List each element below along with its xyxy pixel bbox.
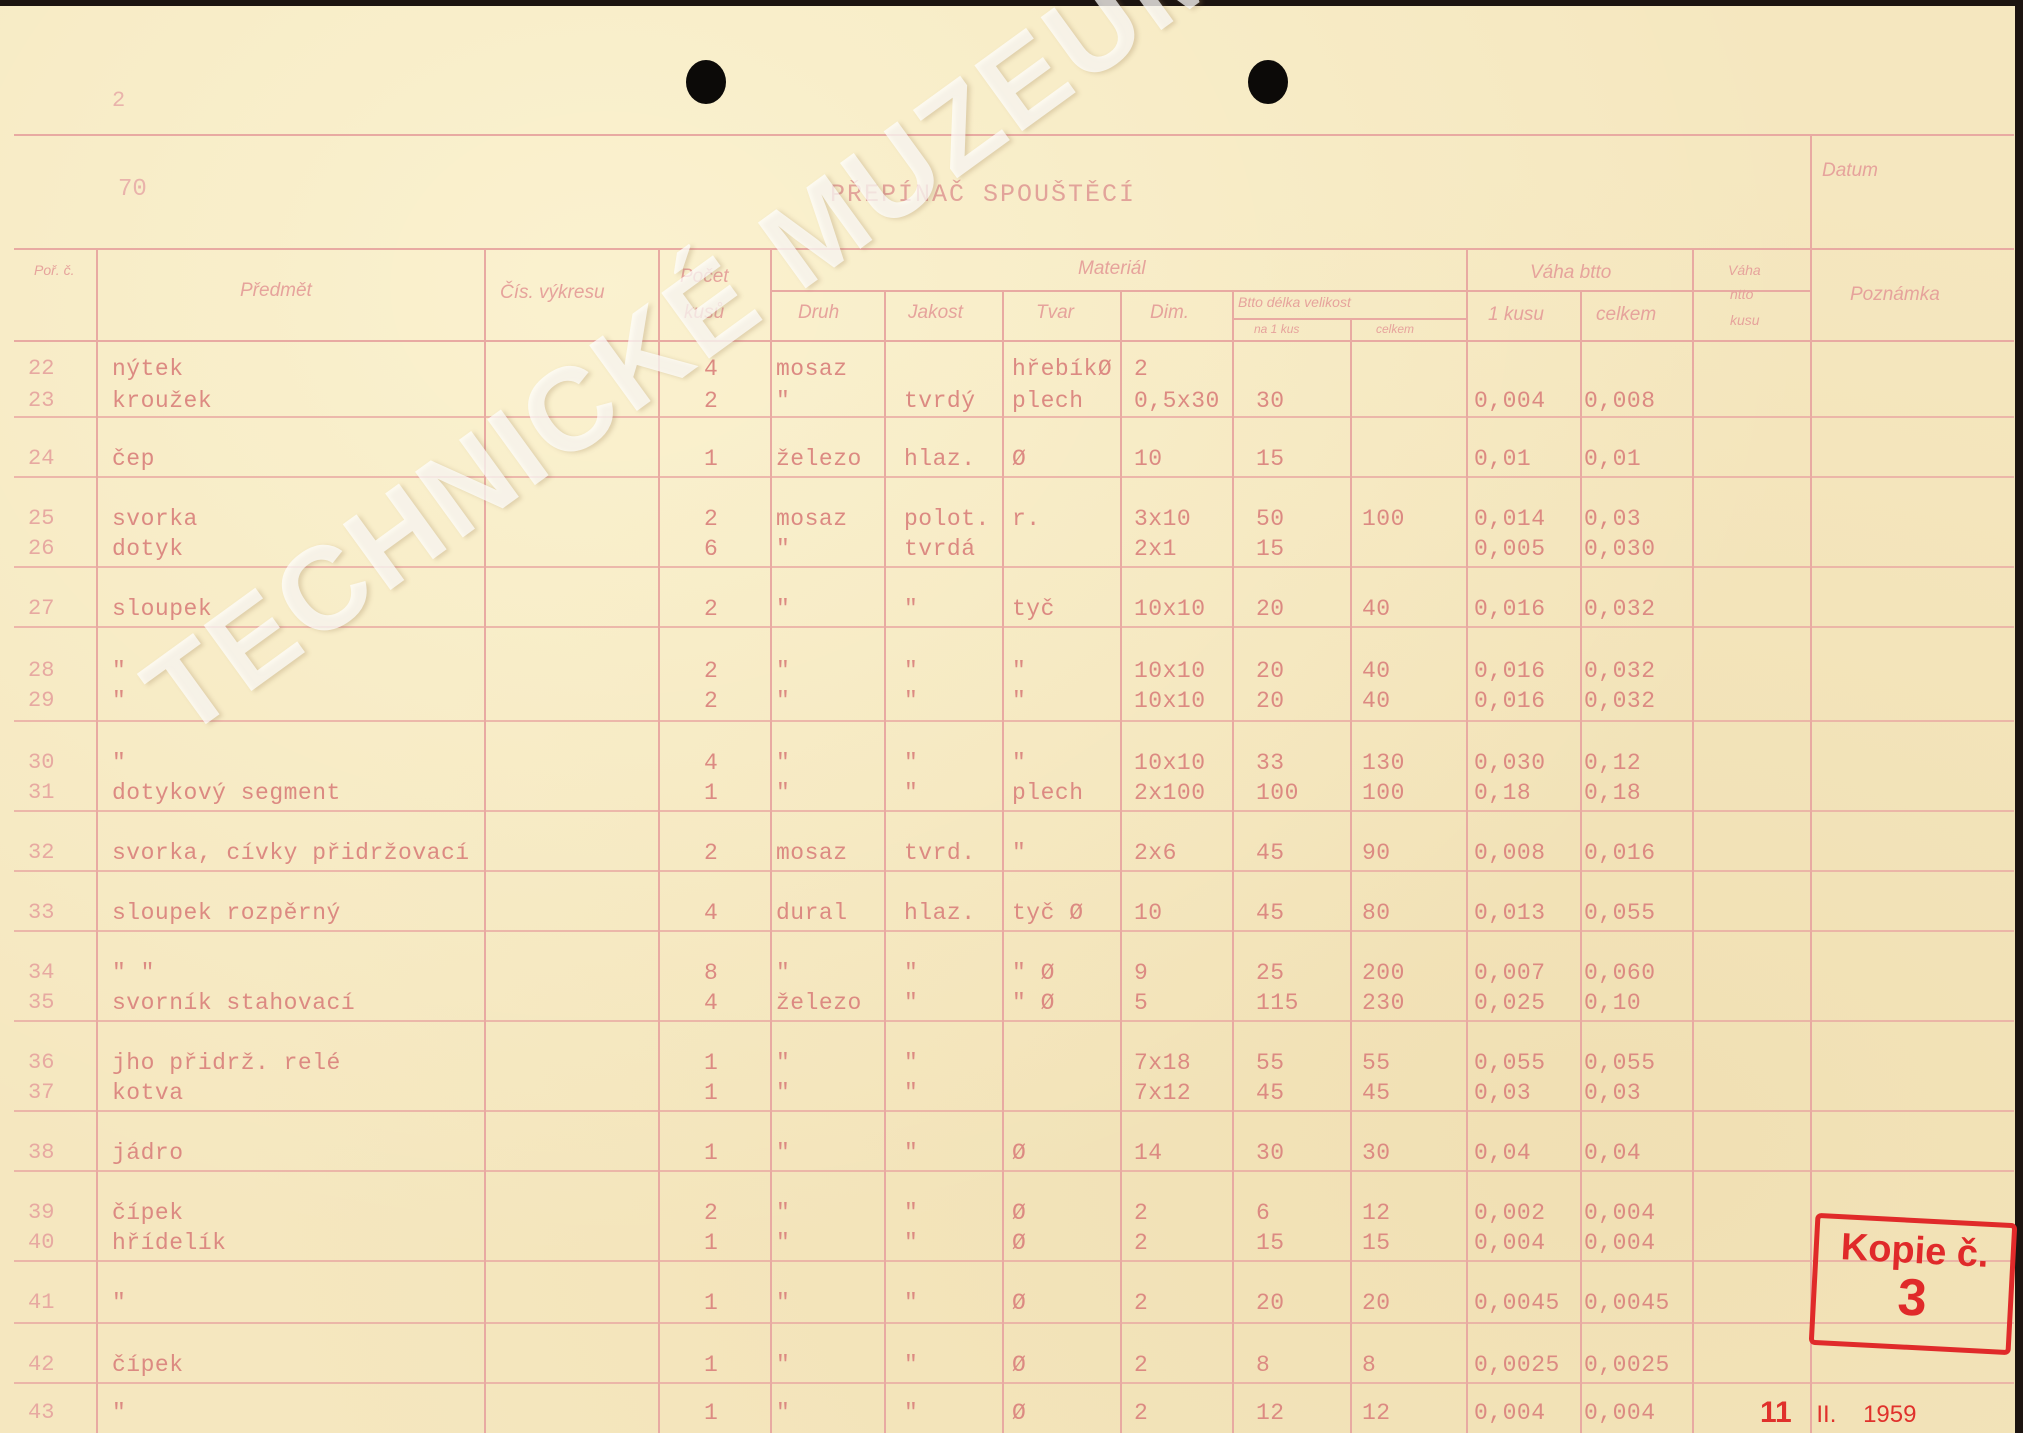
cell-celkem: 40 (1362, 596, 1391, 622)
cell-jakost: " (904, 1140, 918, 1166)
cell-v1: 0,008 (1474, 840, 1546, 866)
cell-tvar: " (1012, 688, 1026, 714)
cell-v1: 0,002 (1474, 1200, 1546, 1226)
cell-druh: mosaz (776, 356, 848, 382)
cell-v1: 0,025 (1474, 990, 1546, 1016)
cell-no: 30 (28, 750, 54, 775)
cell-count: 2 (704, 596, 718, 622)
cell-tvar: " (1012, 750, 1026, 776)
cell-jakost: " (904, 750, 918, 776)
cell-no: 28 (28, 658, 54, 683)
cell-jakost: tvrd. (904, 840, 976, 866)
cell-v1: 0,016 (1474, 658, 1546, 684)
cell-tvar: " Ø (1012, 990, 1055, 1016)
col-line (770, 248, 772, 1433)
cell-jakost: " (904, 990, 918, 1016)
cell-celkem: 55 (1362, 1050, 1391, 1076)
section-number: 70 (118, 176, 147, 203)
cell-name: kroužek (112, 388, 212, 414)
date-month: II. (1816, 1401, 1836, 1428)
cell-tvar: Ø (1012, 1230, 1026, 1256)
cell-count: 1 (704, 1290, 718, 1316)
cell-druh: " (776, 536, 790, 562)
cell-no: 39 (28, 1200, 54, 1225)
cell-dim: 10x10 (1134, 750, 1206, 776)
cell-dim: 10 (1134, 446, 1163, 472)
cell-count: 1 (704, 1400, 718, 1426)
cell-count: 2 (704, 840, 718, 866)
cell-count: 1 (704, 1230, 718, 1256)
cell-vc: 0,004 (1584, 1230, 1656, 1256)
cell-tvar: Ø (1012, 1400, 1026, 1426)
cell-na1: 20 (1256, 688, 1285, 714)
rule-header-bottom (14, 340, 2014, 342)
cell-vc: 0,055 (1584, 900, 1656, 926)
copy-stamp: Kopie č. 3 (1809, 1213, 2018, 1355)
cell-v1: 0,016 (1474, 596, 1546, 622)
cell-no: 22 (28, 356, 54, 381)
cell-druh: " (776, 1200, 790, 1226)
cell-vc: 0,18 (1584, 780, 1641, 806)
cell-na1: 6 (1256, 1200, 1270, 1226)
cell-jakost: polot. (904, 506, 990, 532)
cell-name: " " (112, 960, 155, 986)
header-vaha-ntto-1: Váha (1728, 262, 1761, 278)
cell-celkem: 200 (1362, 960, 1405, 986)
cell-vc: 0,008 (1584, 388, 1656, 414)
cell-jakost: " (904, 688, 918, 714)
cell-count: 8 (704, 960, 718, 986)
cell-v1: 0,016 (1474, 688, 1546, 714)
cell-celkem: 8 (1362, 1352, 1376, 1378)
cell-v1: 0,005 (1474, 536, 1546, 562)
cell-vc: 0,03 (1584, 1080, 1641, 1106)
cell-na1: 20 (1256, 1290, 1285, 1316)
cell-vc: 0,03 (1584, 506, 1641, 532)
row-separator (14, 810, 2014, 812)
cell-jakost: " (904, 1400, 918, 1426)
cell-no: 36 (28, 1050, 54, 1075)
cell-celkem: 12 (1362, 1400, 1391, 1426)
cell-na1: 100 (1256, 780, 1299, 806)
cell-druh: dural (776, 900, 848, 926)
cell-count: 1 (704, 1050, 718, 1076)
header-cis-vykresu: Čís. výkresu (500, 282, 605, 304)
cell-v1: 0,004 (1474, 388, 1546, 414)
cell-name: " (112, 1290, 126, 1316)
cell-vc: 0,004 (1584, 1400, 1656, 1426)
cell-name: kotva (112, 1080, 184, 1106)
cell-name: sloupek rozpěrný (112, 900, 341, 926)
col-line (1810, 134, 1812, 1433)
cell-name: nýtek (112, 356, 184, 382)
cell-celkem: 130 (1362, 750, 1405, 776)
cell-dim: 2 (1134, 1200, 1148, 1226)
cell-no: 29 (28, 688, 54, 713)
cell-count: 1 (704, 446, 718, 472)
header-dim: Dim. (1150, 302, 1189, 324)
cell-celkem: 40 (1362, 658, 1391, 684)
cell-dim: 2 (1134, 356, 1148, 382)
col-line (96, 248, 98, 1433)
row-separator (14, 930, 2014, 932)
cell-v1: 0,007 (1474, 960, 1546, 986)
cell-vc: 0,030 (1584, 536, 1656, 562)
cell-vc: 0,032 (1584, 658, 1656, 684)
cell-jakost: " (904, 658, 918, 684)
header-poznamka: Poznámka (1850, 284, 1940, 306)
cell-no: 26 (28, 536, 54, 561)
cell-celkem: 20 (1362, 1290, 1391, 1316)
cell-name: čípek (112, 1352, 184, 1378)
punch-hole-left (686, 60, 726, 104)
cell-jakost: " (904, 1352, 918, 1378)
cell-dim: 2 (1134, 1230, 1148, 1256)
cell-tvar: r. (1012, 506, 1041, 532)
cell-count: 1 (704, 780, 718, 806)
cell-vc: 0,032 (1584, 688, 1656, 714)
cell-dim: 7x18 (1134, 1050, 1191, 1076)
date-year: 1959 (1863, 1401, 1916, 1428)
row-separator (14, 1382, 2014, 1384)
cell-count: 2 (704, 688, 718, 714)
cell-celkem: 90 (1362, 840, 1391, 866)
cell-jakost: " (904, 1080, 918, 1106)
header-na-1-kus: na 1 kus (1254, 322, 1299, 336)
cell-dim: 5 (1134, 990, 1148, 1016)
cell-jakost: " (904, 1290, 918, 1316)
cell-celkem: 45 (1362, 1080, 1391, 1106)
page-number: 2 (112, 88, 125, 113)
cell-dim: 0,5x30 (1134, 388, 1220, 414)
cell-no: 32 (28, 840, 54, 865)
header-vaha-ntto-3: kusu (1730, 312, 1760, 328)
cell-count: 2 (704, 658, 718, 684)
stamp-number: 3 (1815, 1266, 2010, 1330)
header-poradi: Poř. č. (34, 262, 74, 278)
cell-druh: " (776, 1140, 790, 1166)
cell-tvar: tyč (1012, 596, 1055, 622)
cell-count: 1 (704, 1352, 718, 1378)
cell-celkem: 40 (1362, 688, 1391, 714)
header-tvar: Tvar (1036, 302, 1074, 324)
row-separator (14, 416, 2014, 418)
cell-name: svorka (112, 506, 198, 532)
header-vaha-celkem: celkem (1596, 304, 1656, 326)
row-separator (14, 870, 2014, 872)
cell-celkem: 30 (1362, 1140, 1391, 1166)
document-sheet: 2 70 PŘEPÍNAČ SPOUŠTĚCÍ Datum Poř. č. Př… (0, 0, 2023, 1433)
cell-na1: 30 (1256, 388, 1285, 414)
watermark: TECHNICKÉ MUZEUM V BRNĚ (120, 0, 1664, 763)
cell-no: 35 (28, 990, 54, 1015)
cell-name: " (112, 1400, 126, 1426)
row-separator (14, 1260, 2014, 1262)
cell-count: 2 (704, 1200, 718, 1226)
cell-celkem: 100 (1362, 780, 1405, 806)
cell-no: 40 (28, 1230, 54, 1255)
cell-tvar: Ø (1012, 446, 1026, 472)
cell-tvar: " (1012, 840, 1026, 866)
cell-v1: 0,01 (1474, 446, 1531, 472)
cell-druh: " (776, 1230, 790, 1256)
cell-na1: 15 (1256, 536, 1285, 562)
cell-druh: " (776, 1290, 790, 1316)
datum-label: Datum (1822, 160, 1878, 182)
rule-header-top (14, 248, 2014, 250)
cell-dim: 10x10 (1134, 688, 1206, 714)
cell-druh: " (776, 960, 790, 986)
cell-name: svorka, cívky přidržovací (112, 840, 470, 866)
cell-tvar: " Ø (1012, 960, 1055, 986)
cell-dim: 2 (1134, 1352, 1148, 1378)
cell-v1: 0,030 (1474, 750, 1546, 776)
cell-v1: 0,04 (1474, 1140, 1531, 1166)
cell-v1: 0,0025 (1474, 1352, 1560, 1378)
cell-vc: 0,060 (1584, 960, 1656, 986)
cell-count: 1 (704, 1080, 718, 1106)
cell-jakost: hlaz. (904, 446, 976, 472)
cell-v1: 0,03 (1474, 1080, 1531, 1106)
cell-name: čep (112, 446, 155, 472)
cell-na1: 25 (1256, 960, 1285, 986)
header-predmet: Předmět (240, 280, 312, 302)
cell-druh: " (776, 1352, 790, 1378)
cell-druh: " (776, 1050, 790, 1076)
header-vaha-btto: Váha btto (1530, 262, 1611, 284)
cell-na1: 20 (1256, 596, 1285, 622)
cell-dim: 2 (1134, 1290, 1148, 1316)
cell-name: dotykový segment (112, 780, 341, 806)
cell-celkem: 100 (1362, 506, 1405, 532)
cell-druh: " (776, 658, 790, 684)
cell-na1: 15 (1256, 446, 1285, 472)
cell-no: 34 (28, 960, 54, 985)
cell-v1: 0,18 (1474, 780, 1531, 806)
cell-no: 25 (28, 506, 54, 531)
cell-tvar: plech (1012, 388, 1084, 414)
cell-vc: 0,0045 (1584, 1290, 1670, 1316)
cell-jakost: " (904, 1050, 918, 1076)
cell-tvar: Ø (1012, 1352, 1026, 1378)
row-separator (14, 1322, 2014, 1324)
cell-vc: 0,10 (1584, 990, 1641, 1016)
cell-name: " (112, 688, 126, 714)
date-day: 11 (1760, 1396, 1792, 1429)
cell-tvar: " (1012, 658, 1026, 684)
cell-dim: 9 (1134, 960, 1148, 986)
cell-vc: 0,04 (1584, 1140, 1641, 1166)
cell-name: jho přidrž. relé (112, 1050, 341, 1076)
cell-name: jádro (112, 1140, 184, 1166)
cell-druh: " (776, 1080, 790, 1106)
cell-no: 31 (28, 780, 54, 805)
header-jakost: Jakost (908, 302, 963, 324)
cell-na1: 30 (1256, 1140, 1285, 1166)
cell-name: " (112, 658, 126, 684)
cell-na1: 55 (1256, 1050, 1285, 1076)
cell-dim: 2x100 (1134, 780, 1206, 806)
cell-dim: 10x10 (1134, 658, 1206, 684)
cell-no: 38 (28, 1140, 54, 1165)
cell-dim: 3x10 (1134, 506, 1191, 532)
stamp-date: 11 II. 1959 (1760, 1396, 1916, 1430)
cell-dim: 14 (1134, 1140, 1163, 1166)
rule-material-sub (770, 290, 1810, 292)
cell-name: " (112, 750, 126, 776)
cell-druh: mosaz (776, 506, 848, 532)
cell-no: 37 (28, 1080, 54, 1105)
cell-vc: 0,016 (1584, 840, 1656, 866)
cell-name: svorník stahovací (112, 990, 355, 1016)
cell-vc: 0,01 (1584, 446, 1641, 472)
cell-druh: " (776, 780, 790, 806)
cell-na1: 45 (1256, 1080, 1285, 1106)
cell-jakost: " (904, 960, 918, 986)
cell-na1: 45 (1256, 840, 1285, 866)
cell-name: dotyk (112, 536, 184, 562)
cell-druh: železo (776, 990, 862, 1016)
cell-jakost: tvrdý (904, 388, 976, 414)
cell-tvar: Ø (1012, 1200, 1026, 1226)
cell-na1: 8 (1256, 1352, 1270, 1378)
row-separator (14, 476, 2014, 478)
cell-vc: 0,0025 (1584, 1352, 1670, 1378)
cell-dim: 10 (1134, 900, 1163, 926)
cell-vc: 0,032 (1584, 596, 1656, 622)
cell-druh: " (776, 1400, 790, 1426)
cell-jakost: hlaz. (904, 900, 976, 926)
header-vaha-ntto-2: ntto (1730, 286, 1753, 302)
cell-vc: 0,055 (1584, 1050, 1656, 1076)
cell-na1: 115 (1256, 990, 1299, 1016)
cell-count: 2 (704, 506, 718, 532)
cell-tvar: plech (1012, 780, 1084, 806)
cell-jakost: " (904, 1230, 918, 1256)
cell-tvar: Ø (1012, 1140, 1026, 1166)
cell-count: 4 (704, 990, 718, 1016)
cell-count: 4 (704, 900, 718, 926)
cell-v1: 0,013 (1474, 900, 1546, 926)
cell-name: čípek (112, 1200, 184, 1226)
cell-v1: 0,014 (1474, 506, 1546, 532)
cell-count: 1 (704, 1140, 718, 1166)
scan-border-right (2015, 0, 2023, 1433)
cell-name: hřídelík (112, 1230, 226, 1256)
cell-jakost: tvrdá (904, 536, 976, 562)
col-line (1350, 318, 1352, 1433)
cell-druh: mosaz (776, 840, 848, 866)
cell-v1: 0,0045 (1474, 1290, 1560, 1316)
cell-dim: 2x6 (1134, 840, 1177, 866)
cell-na1: 12 (1256, 1400, 1285, 1426)
row-separator (14, 1020, 2014, 1022)
cell-druh: železo (776, 446, 862, 472)
cell-no: 42 (28, 1352, 54, 1377)
cell-dim: 7x12 (1134, 1080, 1191, 1106)
header-vaha-1-kusu: 1 kusu (1488, 304, 1544, 326)
cell-jakost: " (904, 596, 918, 622)
cell-druh: " (776, 388, 790, 414)
cell-tvar: Ø (1012, 1290, 1026, 1316)
cell-na1: 50 (1256, 506, 1285, 532)
cell-vc: 0,12 (1584, 750, 1641, 776)
cell-na1: 15 (1256, 1230, 1285, 1256)
cell-druh: " (776, 596, 790, 622)
rule-btto-sub (1232, 318, 1466, 320)
cell-no: 27 (28, 596, 54, 621)
row-separator (14, 1110, 2014, 1112)
cell-v1: 0,004 (1474, 1400, 1546, 1426)
cell-count: 4 (704, 750, 718, 776)
header-btto-celkem: celkem (1376, 322, 1414, 336)
cell-celkem: 80 (1362, 900, 1391, 926)
cell-v1: 0,055 (1474, 1050, 1546, 1076)
cell-no: 33 (28, 900, 54, 925)
cell-jakost: " (904, 780, 918, 806)
cell-druh: " (776, 750, 790, 776)
cell-tvar: tyč Ø (1012, 900, 1084, 926)
cell-dim: 10x10 (1134, 596, 1206, 622)
row-separator (14, 1170, 2014, 1172)
cell-vc: 0,004 (1584, 1200, 1656, 1226)
cell-v1: 0,004 (1474, 1230, 1546, 1256)
cell-na1: 33 (1256, 750, 1285, 776)
header-material: Materiál (1078, 258, 1146, 280)
cell-dim: 2x1 (1134, 536, 1177, 562)
cell-celkem: 12 (1362, 1200, 1391, 1226)
cell-no: 24 (28, 446, 54, 471)
cell-no: 41 (28, 1290, 54, 1315)
row-separator (14, 720, 2014, 722)
cell-dim: 2 (1134, 1400, 1148, 1426)
cell-druh: " (776, 688, 790, 714)
cell-celkem: 15 (1362, 1230, 1391, 1256)
cell-jakost: " (904, 1200, 918, 1226)
cell-na1: 20 (1256, 658, 1285, 684)
header-btto-delka: Btto délka velikost (1238, 294, 1351, 310)
cell-no: 43 (28, 1400, 54, 1425)
punch-hole-right (1248, 60, 1288, 104)
cell-count: 6 (704, 536, 718, 562)
cell-celkem: 230 (1362, 990, 1405, 1016)
col-line (1466, 248, 1468, 1433)
col-line (1692, 248, 1694, 1433)
cell-no: 23 (28, 388, 54, 413)
cell-tvar: hřebíkØ (1012, 356, 1112, 382)
cell-na1: 45 (1256, 900, 1285, 926)
